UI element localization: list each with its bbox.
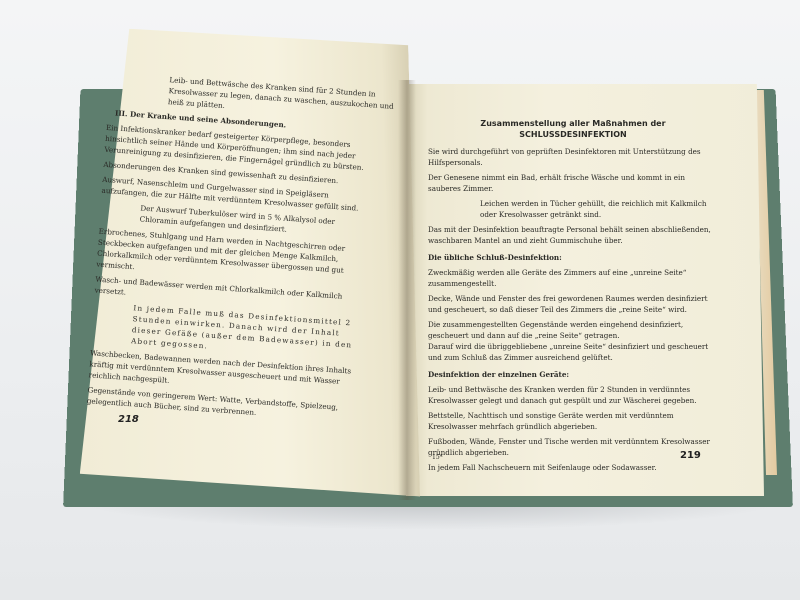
signature-mark: 15* [432, 452, 443, 463]
right-page-number: 219 [680, 450, 701, 461]
paragraph: Bettstelle, Nachttisch und sonstige Gerä… [428, 410, 718, 432]
paragraph: Darauf wird die übriggebliebene „unreine… [428, 341, 718, 363]
paragraph: Decke, Wände und Fenster des frei geword… [428, 293, 718, 315]
title-line-2: SCHLUSSDESINFEKTION [428, 129, 718, 140]
paragraph: In jedem Fall Nachscheuern mit Seifenlau… [428, 462, 718, 473]
title-line-1: Zusammenstellung aller Maßnahmen der [428, 118, 718, 129]
left-page-number: 218 [118, 414, 139, 425]
paragraph: Fußboden, Wände, Fenster und Tische werd… [428, 436, 718, 458]
paragraph: Leichen werden in Tücher gehüllt, die re… [428, 198, 718, 220]
paragraph: Das mit der Desinfektion beauftragte Per… [428, 224, 718, 246]
paragraph: Der Genesene nimmt ein Bad, erhält frisc… [428, 172, 718, 194]
page-title: Zusammenstellung aller Maßnahmen der SCH… [428, 118, 718, 140]
paragraph: Sie wird durchgeführt von geprüften Desi… [428, 146, 718, 168]
paragraph: Zweckmäßig werden alle Geräte des Zimmer… [428, 267, 718, 289]
paragraph: Die zusammengestellten Gegenstände werde… [428, 319, 718, 341]
book-gutter [398, 80, 416, 500]
section-heading: Desinfektion der einzelnen Geräte: [428, 369, 718, 380]
section-heading: Die übliche Schluß-Desinfektion: [428, 252, 718, 263]
paragraph: Leib- und Bettwäsche des Kranken werden … [428, 384, 718, 406]
right-page-text: Zusammenstellung aller Maßnahmen der SCH… [428, 118, 718, 477]
left-page-text: Leib- und Bettwäsche des Kranken sind fü… [86, 70, 399, 430]
